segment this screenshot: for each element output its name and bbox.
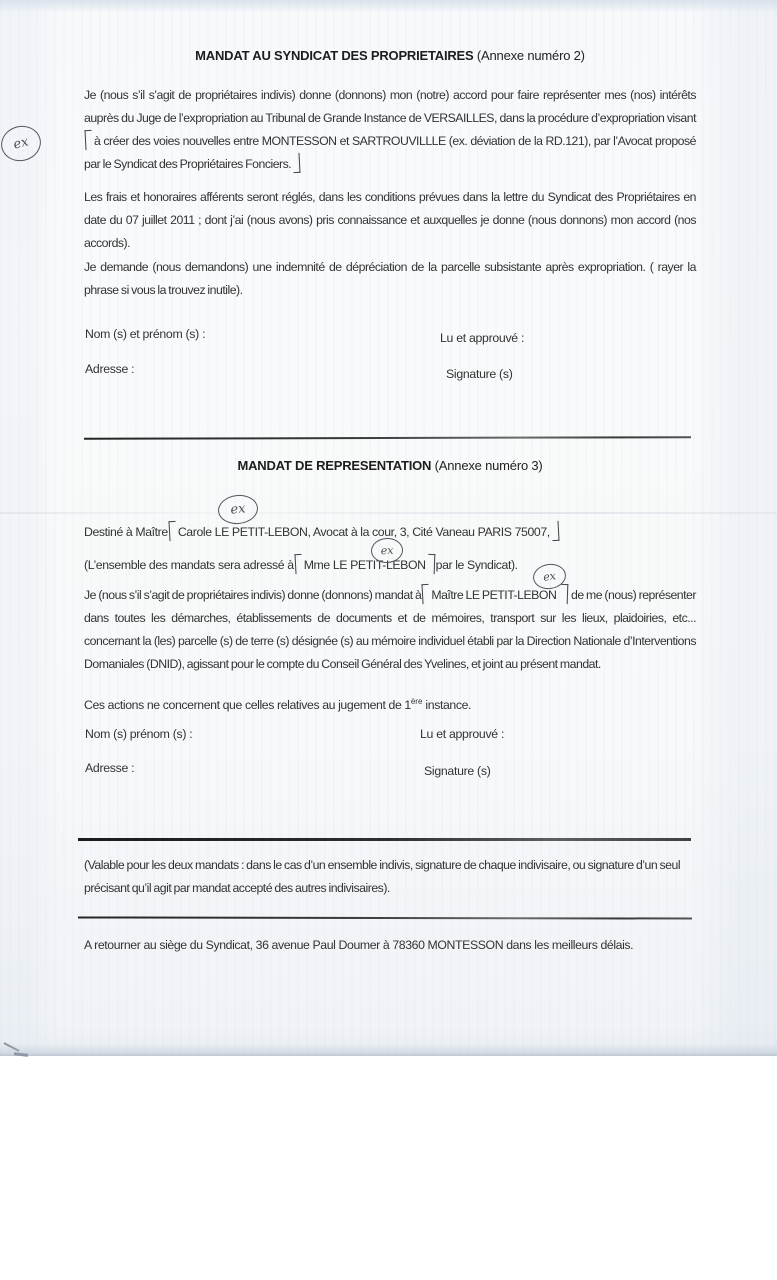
handwritten-bracket <box>293 153 301 173</box>
handwritten-bracket <box>168 521 176 541</box>
mandat2-approved-label: Lu et approuvé : <box>440 331 524 345</box>
handwritten-bracket <box>84 130 92 150</box>
handwritten-bracket <box>551 521 559 541</box>
paragraph-frais: Les frais et honoraires afférents seront… <box>84 186 696 255</box>
separator-line-2 <box>78 838 691 841</box>
handwritten-bracket <box>560 584 568 604</box>
paragraph-accord: Je (nous s’il s’agit de propriétaires in… <box>84 84 696 176</box>
mandat3-signature-label: Signature (s) <box>424 764 491 778</box>
paragraph-indemnite: Je demande (nous demandons) une indemnit… <box>84 256 696 302</box>
mandat3-title-main: MANDAT DE REPRESENTATION <box>237 458 431 473</box>
mandat2-signature-label: Signature (s) <box>446 367 513 381</box>
mandat3-approved-label: Lu et approuvé : <box>420 727 504 741</box>
mandat3-address-label: Adresse : <box>85 761 134 775</box>
line-retourner: A retourner au siège du Syndicat, 36 ave… <box>84 938 696 952</box>
paper-crease <box>0 512 777 514</box>
handwritten-bracket <box>422 584 430 604</box>
scanned-document-page: MANDAT AU SYNDICAT DES PROPRIETAIRES (An… <box>0 0 777 1056</box>
mandat2-name-label: Nom (s) et prénom (s) : <box>85 327 205 341</box>
handwritten-bracket <box>427 554 435 574</box>
note-valable: (Valable pour les deux mandats : dans le… <box>84 854 696 900</box>
line-jugement: Ces actions ne concernent que celles rel… <box>84 697 696 712</box>
mandat2-title-main: MANDAT AU SYNDICAT DES PROPRIETAIRES <box>195 48 473 63</box>
handwritten-bracket <box>294 554 302 574</box>
pencil-mark <box>3 1042 19 1051</box>
mandat2-address-label: Adresse : <box>85 362 134 376</box>
mandat3-title: MANDAT DE REPRESENTATION (Annexe numéro … <box>84 458 696 473</box>
mandat3-name-label: Nom (s) prénom (s) : <box>85 727 192 741</box>
paragraph-mandat: Je (nous s’il s’agit de propriétaires in… <box>84 584 696 676</box>
mandat2-title: MANDAT AU SYNDICAT DES PROPRIETAIRES (An… <box>84 48 696 63</box>
mandat3-title-annex: (Annexe numéro 3) <box>431 458 542 473</box>
superscript: ère <box>411 697 423 706</box>
pencil-mark <box>14 1052 28 1056</box>
scanned-document-viewport: { "mandat2": { "title": { "main": "MANDA… <box>0 0 777 1280</box>
mandat2-title-annex: (Annexe numéro 2) <box>474 48 585 63</box>
